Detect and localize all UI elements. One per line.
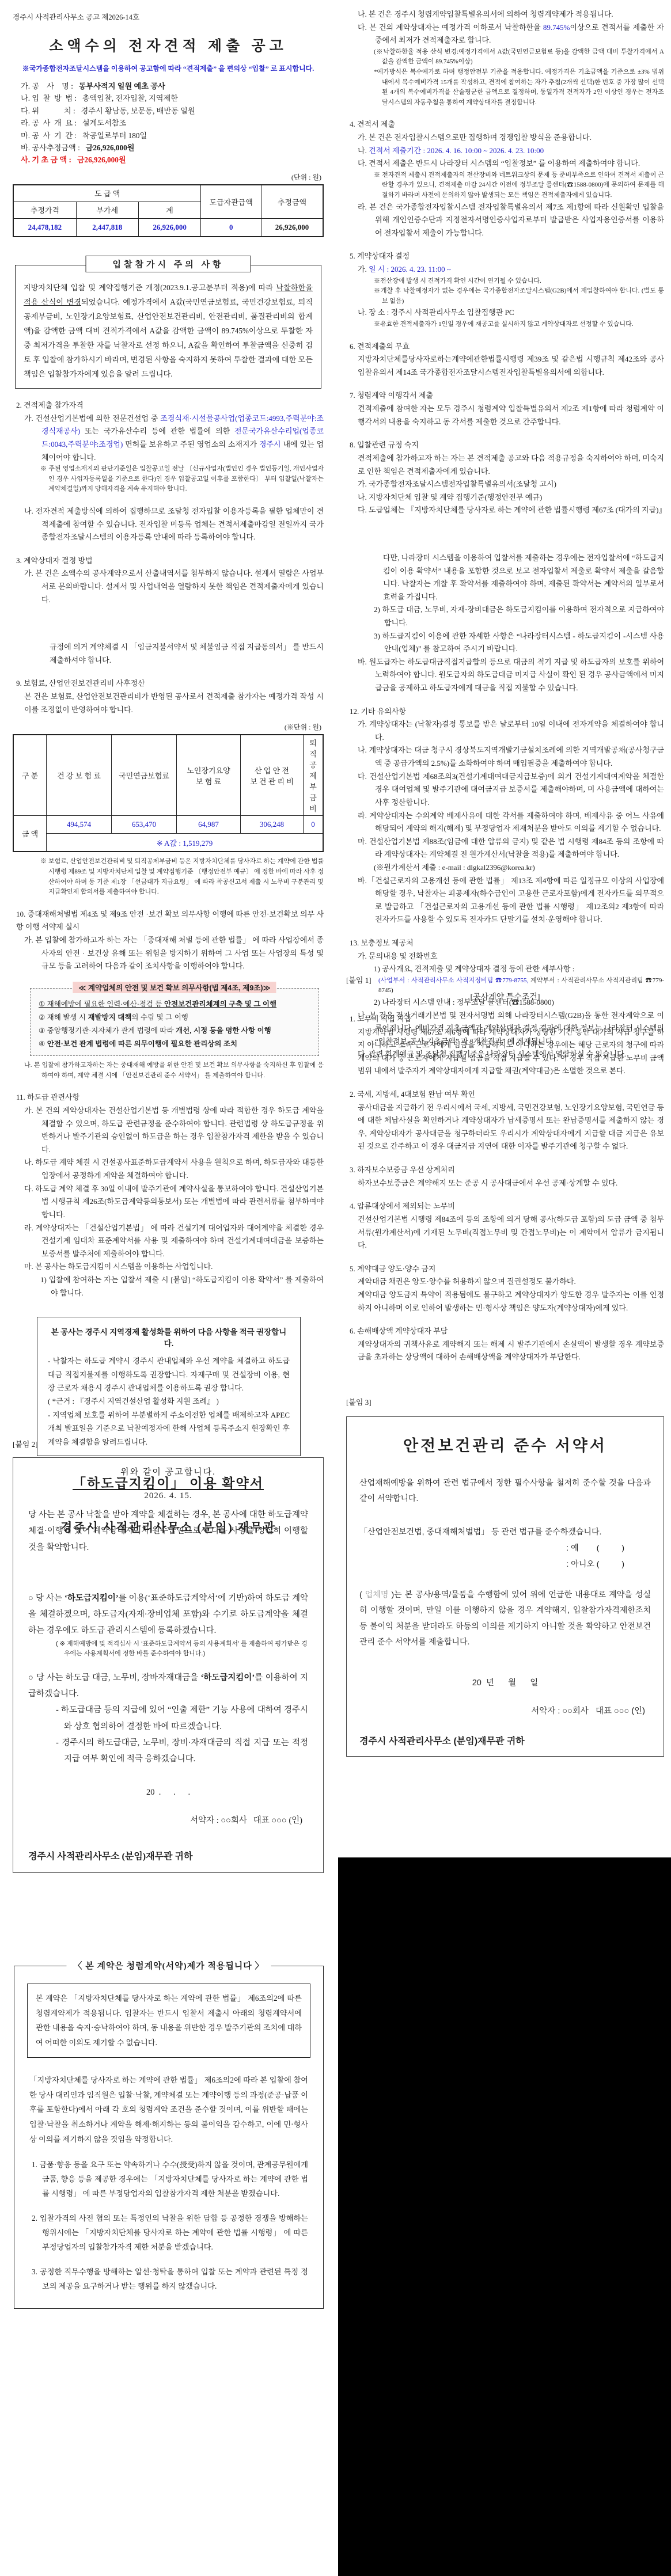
table-header: 부가세 xyxy=(76,202,138,218)
table-row-label: 금 액 xyxy=(13,816,47,852)
text-segment: ③ 중앙행정기관·지자체가 관계 법령에 따라 xyxy=(39,1027,176,1035)
table-header: 도 급 액 xyxy=(13,185,201,202)
text-segment: )는 본 공사/용역/물품을 수행함에 있어 위에 언급한 내용대로 계약을 성… xyxy=(359,1590,651,1646)
integrity-box: 〈 본 계약은 청렴계약(서약)제가 적용됩니다 〉 본 계약은 「지방자치단체… xyxy=(14,1966,324,2309)
signature-date-line: 20 년 월 일 xyxy=(359,1676,651,1688)
integrity-inner-box: 본 계약은 「지방자치단체를 당사자로 하는 계약에 관한 법률」 제6조의2에… xyxy=(27,1984,310,2058)
attachment-label: [붙임 2] xyxy=(13,1438,324,1449)
paragraph: 12. 기타 유의사항 xyxy=(350,705,664,719)
notice-sections-right: 나. 본 건은 경주시 청렴계약입찰특별유의서에 의하여 청렴계약제가 적용됩니… xyxy=(346,8,664,1061)
table-header: 도급자관급액 xyxy=(201,185,261,219)
paragraph: 나. 계약상대자는 대금 청구시 경상북도지역개발기금설치조례에 의한 지역개발… xyxy=(358,744,664,770)
paragraph: 가. 일 시 : 2026. 4. 23. 11:00 ~ xyxy=(358,263,664,276)
paragraph: 다. 본 건의 계약상대자는 예정가격 이하로서 낙찰하한율 89.745%이상… xyxy=(358,21,664,47)
text-segment: 다. 위 치 : 경주시 황남동, 보문동, 배반동 일원 xyxy=(21,107,195,115)
paragraph: 가. 본 건은 소액수의 공사계약으로서 산출내역서를 첨부하지 않습니다. 설… xyxy=(24,567,324,606)
paragraph: 라. 본 건은 국가종합전자입찰시스템 전자입찰특별유의서 제7조 제1항에 따… xyxy=(358,201,664,240)
text-segment: 바. 공사추정금액 : xyxy=(21,143,86,152)
text-segment: ‘하도급지킴이’ xyxy=(201,1673,255,1682)
table-cell: 0 xyxy=(304,816,324,834)
paragraph: ※ 전자견적 제출시 견적제출자의 전산장비와 네트워크상의 문제 등 준비부족… xyxy=(374,170,664,201)
paragraph: 나. 지방자치단체 입찰 및 계약 집행기준(행정안전부 예규) xyxy=(358,491,664,504)
signer-line: 서약자 : ○○회사 대표 ○○○ (인) xyxy=(359,1704,645,1716)
page-attachment-1: [붙임 1] [공사계약 특수조건] 1. 노무비 직접 지급지방계약법 시행령… xyxy=(346,974,664,1757)
paragraph: 나. 본 입찰에 참가하고자하는 자는 중대재해 예방을 위한 안전 및 보건 … xyxy=(24,1061,324,1081)
paragraph: 13. 보충정보 제공처 xyxy=(350,937,664,950)
table-header: 추정금액 xyxy=(261,185,323,219)
paragraph: 가. 본 건의 계약상대자는 건설산업기본법 등 개별법령 상에 따라 적합한 … xyxy=(24,1104,324,1156)
paragraph: 가. 본 건은 전자입찰시스템으로만 집행하며 경쟁입찰 방식을 준용합니다. xyxy=(358,131,664,145)
local-economy-box: 본 공사는 경주시 지역경제 활성화를 위하여 다음 사항을 적극 권장합니다.… xyxy=(37,1317,301,1456)
paragraph: ※전산장애 발생 시 견적가격 확인 시간이 연기될 수 있습니다. xyxy=(374,276,664,287)
pledge-paragraph: ( ※ 재해예방에 및 적격심사 시 ‘표준하도급계약서 등의 사용계획서’ 를… xyxy=(56,1639,308,1659)
paragraph: 계약대금 양도금지 특약이 적용됨에도 불구하고 계약상대자가 양도한 경우 발… xyxy=(358,1289,664,1314)
text-segment: 경주시 xyxy=(259,440,281,449)
paragraph: 마. 본 공사는 하도급지킴이 시스템을 이용하는 사업입니다. xyxy=(24,1260,324,1274)
duty-item: ② 재해 발생 시 재발방지 대책의 수립 및 그 이행 xyxy=(39,1011,310,1024)
text-segment: ‘하도급지킴이’ xyxy=(65,1594,119,1603)
project-info-row: 사. 기 초 금 액 : 금26,926,000원 xyxy=(21,154,324,166)
duty-item: ① 재해예방에 필요한 인력·예산·점검 등 안전보건관리체계의 구축 및 그 … xyxy=(39,998,310,1011)
paragraph: 견적제출에 참여한 자는 모두 경주시 청렴계약 입찰특별유의서 제2조 제1항… xyxy=(358,402,664,428)
text-segment: 견적서 제출기간 : 2026. 4. 16. 10:00 ~ 2026. 4.… xyxy=(369,146,544,155)
paragraph: 다. 건설산업기본법 제68조의3(건설기계대여대금지급보증)에 의거 건설기계… xyxy=(358,770,664,810)
paragraph: (※원가계산서 제출 : e-mail : dlgkal2396@korea.k… xyxy=(374,861,664,875)
paragraph: ※ 주된 영업소재지의 판단기준일은 입찰공고일 전날 〔신규사업자(법인인 경… xyxy=(40,464,324,495)
text-segment: 의 수립 및 그 이행 xyxy=(131,1013,188,1021)
table-cell: 24,478,182 xyxy=(13,218,76,237)
text-segment: 안전·보건 관계 법령에 따른 의무이행에 필요한 관리상의 조치 xyxy=(47,1040,237,1048)
paragraph: 나. 본 건은 경주시 청렴계약입찰특별유의서에 의하여 청렴계약제가 적용됩니… xyxy=(358,8,664,21)
notice-sections-a: 2. 견적제출 참가자격가. 건설산업기본법에 의한 전문건설업 중 조경식재·… xyxy=(13,399,324,716)
paragraph: 5. 계약대금 양도·양수 금지 xyxy=(350,1263,664,1276)
text-segment: ① 재해예방에 필요한 인력·예산·점검 등 xyxy=(39,1000,164,1008)
paragraph: 가. 건설산업기본법에 의한 전문건설업 중 조경식재·시설물공사업(업종코드:… xyxy=(24,412,324,464)
text-segment: 금26,926,000원 xyxy=(86,143,135,152)
text-segment: 재발방지 대책 xyxy=(88,1013,131,1021)
project-info-row: 라. 공 사 개 요 : 설계도서참조 xyxy=(21,117,324,129)
local-economy-lines: - 낙찰자는 하도급 계약시 경주시 관내업체와 우선 계약을 체결하고 하도급… xyxy=(48,1354,290,1449)
table-header: 건 강 보 험 료 xyxy=(47,735,112,816)
paragraph: 8. 입찰관련 규정 숙지 xyxy=(350,439,664,452)
table-header-line: 노인장기요양 xyxy=(179,765,238,776)
table-header: 노인장기요양 보 험 료 xyxy=(177,735,241,816)
table-cell: 64,987 xyxy=(177,816,241,834)
local-economy-title: 본 공사는 경주시 지역경제 활성화를 위하여 다음 사항을 적극 권장합니다. xyxy=(48,1325,290,1348)
caution-box-title: 입찰참가시 주의 사항 xyxy=(86,256,251,272)
paragraph: ※개찰 후 낙찰예정자가 없는 경우에는 국가종합전자조달시스템(G2B)에서 … xyxy=(374,286,664,306)
paragraph: 마. 건설산업기본법 제88조(임금에 대한 압류의 금지) 및 같은 법 시행… xyxy=(358,835,664,861)
table-header: 구 분 xyxy=(13,735,47,816)
subcontract-pledge-body: 당 사는 본 공사 낙찰을 받아 계약을 체결하는 경우, 본 공사에 대한 하… xyxy=(28,1507,308,1767)
special-conditions-title: [공사계약 특수조건] xyxy=(346,991,664,1002)
text-segment: 지방자치단체 입찰 및 계약집행기준 개정(2023.9.1.공고분부터 적용)… xyxy=(24,283,276,292)
paragraph: 7. 청렴계약 이행각서 제출 xyxy=(350,389,664,402)
table-cell: 653,470 xyxy=(112,816,177,834)
paragraph: 3) 하도급지킴이 이용에 관한 자세한 사항은 “나라장터시스템 - 하도급지… xyxy=(374,630,664,656)
pledge-paragraph: 당 사는 본 공사 낙찰을 받아 계약을 체결하는 경우, 본 공사에 대한 하… xyxy=(28,1507,308,1556)
paragraph: 나. 견적서 제출기간 : 2026. 4. 16. 10:00 ~ 2026.… xyxy=(358,145,664,158)
paragraph: 2. 견적제출 참가자격 xyxy=(16,399,324,412)
answer-yes-line: : 예 ( ) xyxy=(359,1540,624,1556)
caution-box-body: 지방자치단체 입찰 및 계약집행기준 개정(2023.9.1.공고분부터 적용)… xyxy=(24,280,313,382)
paragraph: 가. 본 입찰에 참가하고자 하는 자는 「중대재해 처벌 등에 관한 법률」 … xyxy=(24,934,324,973)
table-cell: 26,926,000 xyxy=(261,218,323,237)
text-segment: ○ 당 사는 하도급 대금, 노무비, 장바자재대금을 xyxy=(28,1673,201,1682)
text-segment: 다. 본 건의 계약상대자는 예정가격 이하로서 낙찰하한율 xyxy=(358,23,543,32)
local-economy-line: ( *근거 : 『경주시 지역건설산업 활성화 지원 조례』 ) xyxy=(48,1395,290,1408)
paragraph: 9. 보험료, 산업안전보건관리비 사후정산 xyxy=(16,677,324,690)
attachment-label: [붙임 3] xyxy=(346,1396,664,1407)
paragraph: 3. 하자보수보증금 우선 상계처리 xyxy=(350,1164,664,1177)
text-segment: ② 재해 발생 시 xyxy=(39,1013,88,1021)
text-segment: 안전보건관리체계의 구축 및 그 이행 xyxy=(164,1000,276,1008)
table-header-line: 보 건 관 리 비 xyxy=(243,776,301,787)
local-economy-line: - 낙찰자는 하도급 계약시 경주시 관내업체와 우선 계약을 체결하고 하도급… xyxy=(48,1354,290,1395)
paragraph: 나. 하도급 계약 체결 시 건설공사표준하도급계약서 사용을 원칙으로 하며,… xyxy=(24,1156,324,1182)
redacted-black-area xyxy=(338,1857,671,2576)
answer-no-line: : 아니오 ( ) xyxy=(359,1556,624,1572)
paragraph: 다. 하도급 계약 체결 후 30일 이내에 발주기관에 계약사실을 통보하여야… xyxy=(24,1183,324,1222)
unit-label: (※단위 : 원) xyxy=(13,722,321,732)
text-segment: 가. 건설산업기본법에 의한 전문건설업 중 xyxy=(24,414,160,423)
paragraph: 건설산업기본법 시행령 제84조에 등의 조항에 의거 당해 공사(하도급 포함… xyxy=(358,1213,664,1252)
table-header-line: 산 업 안 전 xyxy=(243,765,301,776)
integrity-items: 1. 금품·향응 등을 요구 또는 약속하거나 수수(授受)하지 않을 것이며,… xyxy=(27,2157,310,2294)
addressee-line: 경주시 사적관리사무소 (분임)재무관 귀하 xyxy=(28,1849,308,1862)
subcontract-pledge-box: 「하도급지킴이」 이용 확약서 당 사는 본 공사 낙찰을 받아 계약을 체결하… xyxy=(13,1457,324,1873)
special-conditions-body: 1. 노무비 직접 지급지방계약법 시행령 제67조 제6항에 따라 계약상대자… xyxy=(346,1013,664,1364)
text-segment: 업체명 xyxy=(365,1590,389,1599)
paragraph: (※낙찰하한율 적용 산식 변경:예정가격에서 A값(국민연금보험료 등)을 감… xyxy=(374,47,664,67)
paragraph: 1. 노무비 직접 지급 xyxy=(350,1013,664,1026)
paragraph: 지방계약법 시행령 제67조 제6항에 따라 계약상대자가 상당한 기간 동안 … xyxy=(358,1026,664,1078)
paragraph: 나. 장 소 : 경주시 사적관리사무소 입찰집행관 PC xyxy=(358,306,664,320)
text-segment: 되었습니다. 예정가격에서 A값(국민연금보험료, 국민건강보험료, 퇴직공제부… xyxy=(24,298,313,378)
paragraph: 2) 하도급 대금, 노무비, 자재·장비대금은 하도급지킴이를 이용하여 전자… xyxy=(374,603,664,629)
integrity-paragraph: 「지방자치단체를 당사자로 하는 계약에 관한 법률」 제6조의2에 따라 본 … xyxy=(29,2073,308,2147)
paragraph: 하자보수보증금은 계약해지 또는 준공 시 공사대금에서 우선 공제·상계할 수… xyxy=(358,1177,664,1190)
insurance-cost-table: 구 분 건 강 보 험 료 국민연금보험료 노인장기요양 보 험 료 산 업 안… xyxy=(13,734,324,852)
paragraph: 가. 국가종합전자조달시스템전자입찰특별유의서(조달청 고시) xyxy=(358,478,664,491)
paragraph: 규정에 의거 계약체결 시 「임금지불서약서 및 체불임금 직접 지급동의서」 … xyxy=(50,641,324,667)
text-segment: 89.745% xyxy=(543,23,570,32)
text-segment: 라. 공 사 개 요 : 설계도서참조 xyxy=(21,119,126,127)
table-header: 추정가격 xyxy=(13,202,76,218)
paragraph: 1) 입찰에 참여하는 자는 입찰서 제출 시 [붙임] “하도급지킴이 이용 … xyxy=(40,1274,324,1300)
duty-item: ④ 안전·보건 관계 법령에 따른 의무이행에 필요한 관리상의 조치 xyxy=(39,1038,310,1051)
paragraph: *예가방식은 복수예가로 하며 행정안전부 기준을 적용합니다. 예정가격은 기… xyxy=(374,67,664,108)
attachment-label: [붙임 1] xyxy=(346,974,664,985)
text-segment: ( xyxy=(359,1590,365,1599)
text-segment: 가. 공 사 명 : xyxy=(21,82,79,90)
notice-sections-b: ※ 보험료, 산업안전보건관리비 및 퇴직공제부금비 등은 지방자치단체를 당사… xyxy=(13,857,324,972)
table-header: 국민연금보험료 xyxy=(112,735,177,816)
pledge-paragraph: ○ 당 사는 ‘하도급지킴이’를 이용(‘표준하도급계약서‘에 기반)하여 하도… xyxy=(28,1590,308,1639)
document-canvas: { "meta": { "accent_blue": "#2323c8", "a… xyxy=(0,0,671,2576)
integrity-item: 1. 금품·향응 등을 요구 또는 약속하거나 수수(授受)하지 않을 것이며,… xyxy=(32,2157,308,2201)
table-cell: 0 xyxy=(201,218,261,237)
signer-line: 서약자 : ○○회사 대표 ○○○ (인) xyxy=(28,1814,302,1826)
safety-pledge-intro: 산업재해예방을 위하여 관련 법규에서 정한 필수사항을 철저히 준수할 것을 … xyxy=(359,1475,651,1507)
table-cell: 26,926,000 xyxy=(138,218,201,237)
project-info-list: 가. 공 사 명 : 동부사적지 일원 예초 공사나. 입 찰 방 법 : 총액… xyxy=(13,80,324,166)
addressee-line: 경주시 사적관리사무소 (분임)재무관 귀하 xyxy=(359,1734,651,1747)
page-announcement-2: 나. 본 건은 경주시 청렴계약입찰특별유의서에 의하여 청렴계약제가 적용됩니… xyxy=(346,8,664,1061)
system-notice: ※국가종합전자조달시스템을 이용하여 공고함에 따라 “견적제출” 을 편의상 … xyxy=(13,63,324,73)
paragraph: 바.「건설근로자의 고용개선 등에 관한 법률」 제13조 제4항에 따른 일정… xyxy=(358,875,664,926)
table-header: 계 xyxy=(138,202,201,218)
paragraph: 바. 원도급자는 하도급대금직접지급합의 등으로 대금의 적기 지급 및 하도급… xyxy=(358,656,664,695)
table-header: 퇴직공제부금비 xyxy=(304,735,324,816)
safety-pledge-body: ( 업체명 )는 본 공사/용역/물품을 수행함에 있어 위에 언급한 내용대로… xyxy=(359,1587,651,1650)
paragraph: 4. 압류대상에서 제외되는 노무비 xyxy=(350,1200,664,1213)
announcement-number: 경주시 사적관리사무소 공고 제2026-14호 xyxy=(13,12,324,22)
paragraph: ※유효한 견적제출자가 1인일 경우에 재공고를 실시하지 않고 계약상대자로 … xyxy=(374,320,664,330)
paragraph: ※ 보험료, 산업안전보건관리비 및 퇴직공제부금비 등은 지방자치단체를 당사… xyxy=(40,857,324,897)
paragraph: 10. 중대재해처벌법 제4조 및 제9조 안전 ·보건 확보 의무사항 이행에… xyxy=(16,908,324,934)
project-info-row: 다. 위 치 : 경주시 황남동, 보문동, 배반동 일원 xyxy=(21,105,324,117)
table-header-line: 보 험 료 xyxy=(179,776,238,787)
duty-item: ③ 중앙행정기관·지자체가 관계 법령에 따라 개선, 시정 등을 명한 사항 … xyxy=(39,1024,310,1038)
paragraph: 가. 문의내용 및 전화번호 xyxy=(358,950,664,963)
paragraph: 계약대금 채권은 양도·양수를 허용하지 않으며 질권설정도 불가하다. xyxy=(358,1275,664,1289)
text-segment: 나. 입 찰 방 법 : 총액입찰, 전자입찰, 지역제한 xyxy=(21,94,178,102)
page-title: 소액수의 전자견적 제출 공고 xyxy=(13,35,324,55)
text-segment: 동부사적지 일원 예초 공사 xyxy=(79,82,165,90)
paragraph: 6. 견적제출의 무효 xyxy=(350,340,664,354)
paragraph: 나. 전자견적 제출방식에 의하여 집행하므로 조달청 전자입찰 이용자등록을 … xyxy=(24,505,324,544)
text-segment: 나. xyxy=(358,146,369,155)
subcontract-pledge-title: 「하도급지킴이」 이용 확약서 xyxy=(28,1473,308,1492)
notice-sections-c: 나. 본 입찰에 참가하고자하는 자는 중대재해 예방을 위한 안전 및 보건 … xyxy=(13,1061,324,1300)
project-info-row: 나. 입 찰 방 법 : 총액입찰, 전자입찰, 지역제한 xyxy=(21,92,324,104)
project-info-row: 바. 공사추정금액 : 금26,926,000원 xyxy=(21,142,324,154)
table-cell: 306,248 xyxy=(241,816,304,834)
paragraph: 본 건은 보험료, 산업안전보건관리비가 반영된 공사로서 견적제출 참가자는 … xyxy=(24,690,324,716)
paragraph: 4. 견적서 제출 xyxy=(350,118,664,131)
project-info-row: 마. 공 사 기 간 : 착공일로부터 180일 xyxy=(21,130,324,142)
integrity-item: 2. 입찰가격의 사전 협의 또는 특정인의 낙찰을 위한 담합 등 공정한 경… xyxy=(32,2211,308,2254)
safety-pledge-title: 안전보건관리 준수 서약서 xyxy=(359,1433,651,1456)
paragraph: 라. 계약상대자는 「건설산업기본법」 에 따라 건설기계 대여업자와 대여계약… xyxy=(24,1222,324,1261)
table-header: 산 업 안 전 보 건 관 리 비 xyxy=(241,735,304,816)
text-segment: 가. xyxy=(358,265,369,273)
unit-label: (단위 : 원) xyxy=(13,172,321,182)
paragraph: 다만, 나라장터 시스템을 이용하여 입찰서를 제출하는 경우에는 전자입찰서에… xyxy=(383,552,664,603)
paragraph: 지방자치단체를당사자로하는계약에관한법률시행령 제39조 및 같은법 시행규칙 … xyxy=(358,353,664,379)
paragraph: 11. 하도급 관련사항 xyxy=(16,1091,324,1104)
safety-law-line: 「산업안전보건법, 중대재해처벌법」 등 관련 법규를 준수하겠습니다. xyxy=(359,1524,651,1540)
safety-duty-box: ≪ 계약업체의 안전 및 보건 확보 의무사항(법 제4조, 제9조)≫ ① 재… xyxy=(30,988,319,1057)
page-integrity-notice: 〈 본 계약은 청렴계약(서약)제가 적용됩니다 〉 본 계약은 「지방자치단체… xyxy=(14,1959,324,2309)
safety-pledge-box: 안전보건관리 준수 서약서 산업재해예방을 위하여 관련 법규에서 정한 필수사… xyxy=(346,1416,664,1757)
text-segment: 개선, 시정 등을 명한 사항 이행 xyxy=(176,1027,271,1035)
text-segment: ○ 당 사는 xyxy=(28,1594,65,1603)
paragraph: 3. 계약상대자 결정 방법 xyxy=(16,554,324,568)
paragraph: 공사대금을 지급하기 전 우리시에서 국세, 지방세, 국민건강보험, 노인장기… xyxy=(358,1101,664,1153)
table-cell: 2,447,818 xyxy=(76,218,138,237)
paragraph: 다. 도급업체는 『지방자치단체를 당사자로 하는 계약에 관한 법률시행령 제… xyxy=(358,504,664,517)
safety-duty-items: ① 재해예방에 필요한 인력·예산·점검 등 안전보건관리체계의 구축 및 그 … xyxy=(39,998,310,1051)
a-value-note: ※ A값 : 1,519,279 xyxy=(47,834,324,852)
paragraph: 계약상대자의 귀책사유로 계약해지 또는 해제 시 발주기관에서 손실액이 발생… xyxy=(358,1338,664,1364)
text-segment: 사. 기 초 금 액 : 금26,926,000원 xyxy=(21,155,126,164)
paragraph: 2. 국세, 지방세, 4대보험 완납 여부 확인 xyxy=(350,1088,664,1101)
page-attachment-2: [붙임 2] 「하도급지킴이」 이용 확약서 당 사는 본 공사 낙찰을 받아 … xyxy=(13,1438,324,1873)
page-announcement: 경주시 사적관리사무소 공고 제2026-14호 소액수의 전자견적 제출 공고… xyxy=(13,12,324,1536)
caution-box: 입찰참가시 주의 사항 지방자치단체 입찰 및 계약집행기준 개정(2023.9… xyxy=(15,265,321,389)
pledge-paragraph: - 하도급대금 등의 지급에 있어 “인출 제한” 기능 사용에 대하여 경주시… xyxy=(56,1702,308,1735)
integrity-box-title: 〈 본 계약은 청렴계약(서약)제가 적용됩니다 〉 xyxy=(66,1959,271,1971)
text-segment: 마. 공 사 기 간 : 착공일로부터 180일 xyxy=(21,131,147,140)
signature-date-line: 20 . . . xyxy=(28,1788,308,1798)
text-segment: 또는 국가유산수리 등에 관한 법률에 의한 xyxy=(80,427,234,435)
text-segment: 면허를 보유하고 주된 영업소의 소재지가 xyxy=(123,440,259,449)
paragraph: 라. 계약상대자는 수의계약 배제사유에 대한 각서를 제출하여야 하며, 배제… xyxy=(358,810,664,835)
integrity-item: 3. 공정한 직무수행을 방해하는 알선·청탁을 통하여 입찰 또는 계약과 관… xyxy=(32,2265,308,2293)
pledge-paragraph: - 경주시의 하도급대금, 노무비, 장비·자재대금의 직접 지급 또는 적정 … xyxy=(56,1735,308,1768)
paragraph: 견적제출에 참가하고자 하는 자는 본 견적제출 공고와 다음 적용규정을 숙지… xyxy=(358,452,664,478)
text-segment: 일 시 : 2026. 4. 23. 11:00 ~ xyxy=(369,265,451,273)
pledge-paragraph: ○ 당 사는 하도급 대금, 노무비, 장바자재대금을 ‘하도급지킴이’를 이용… xyxy=(28,1670,308,1703)
paragraph: 다. 견적서 제출은 반드시 나라장터 시스템의 “입찰정보” 를 이용하여 제… xyxy=(358,157,664,170)
paragraph: 5. 계약상대자 결정 xyxy=(350,250,664,263)
table-cell: 494,574 xyxy=(47,816,112,834)
contract-amount-table: 도 급 액 도급자관급액 추정금액 추정가격 부가세 계 24,478,182 … xyxy=(13,184,324,237)
project-info-row: 가. 공 사 명 : 동부사적지 일원 예초 공사 xyxy=(21,80,324,92)
paragraph: 6. 손해배상액 계약상대자 부담 xyxy=(350,1325,664,1338)
text-segment: ④ xyxy=(39,1040,47,1048)
safety-duty-title: ≪ 계약업체의 안전 및 보건 확보 의무사항(법 제4조, 제9조)≫ xyxy=(73,982,276,993)
paragraph: 가. 계약상대자는 (낙찰자)결정 통보를 받은 날로부터 10일 이내에 전자… xyxy=(358,718,664,744)
